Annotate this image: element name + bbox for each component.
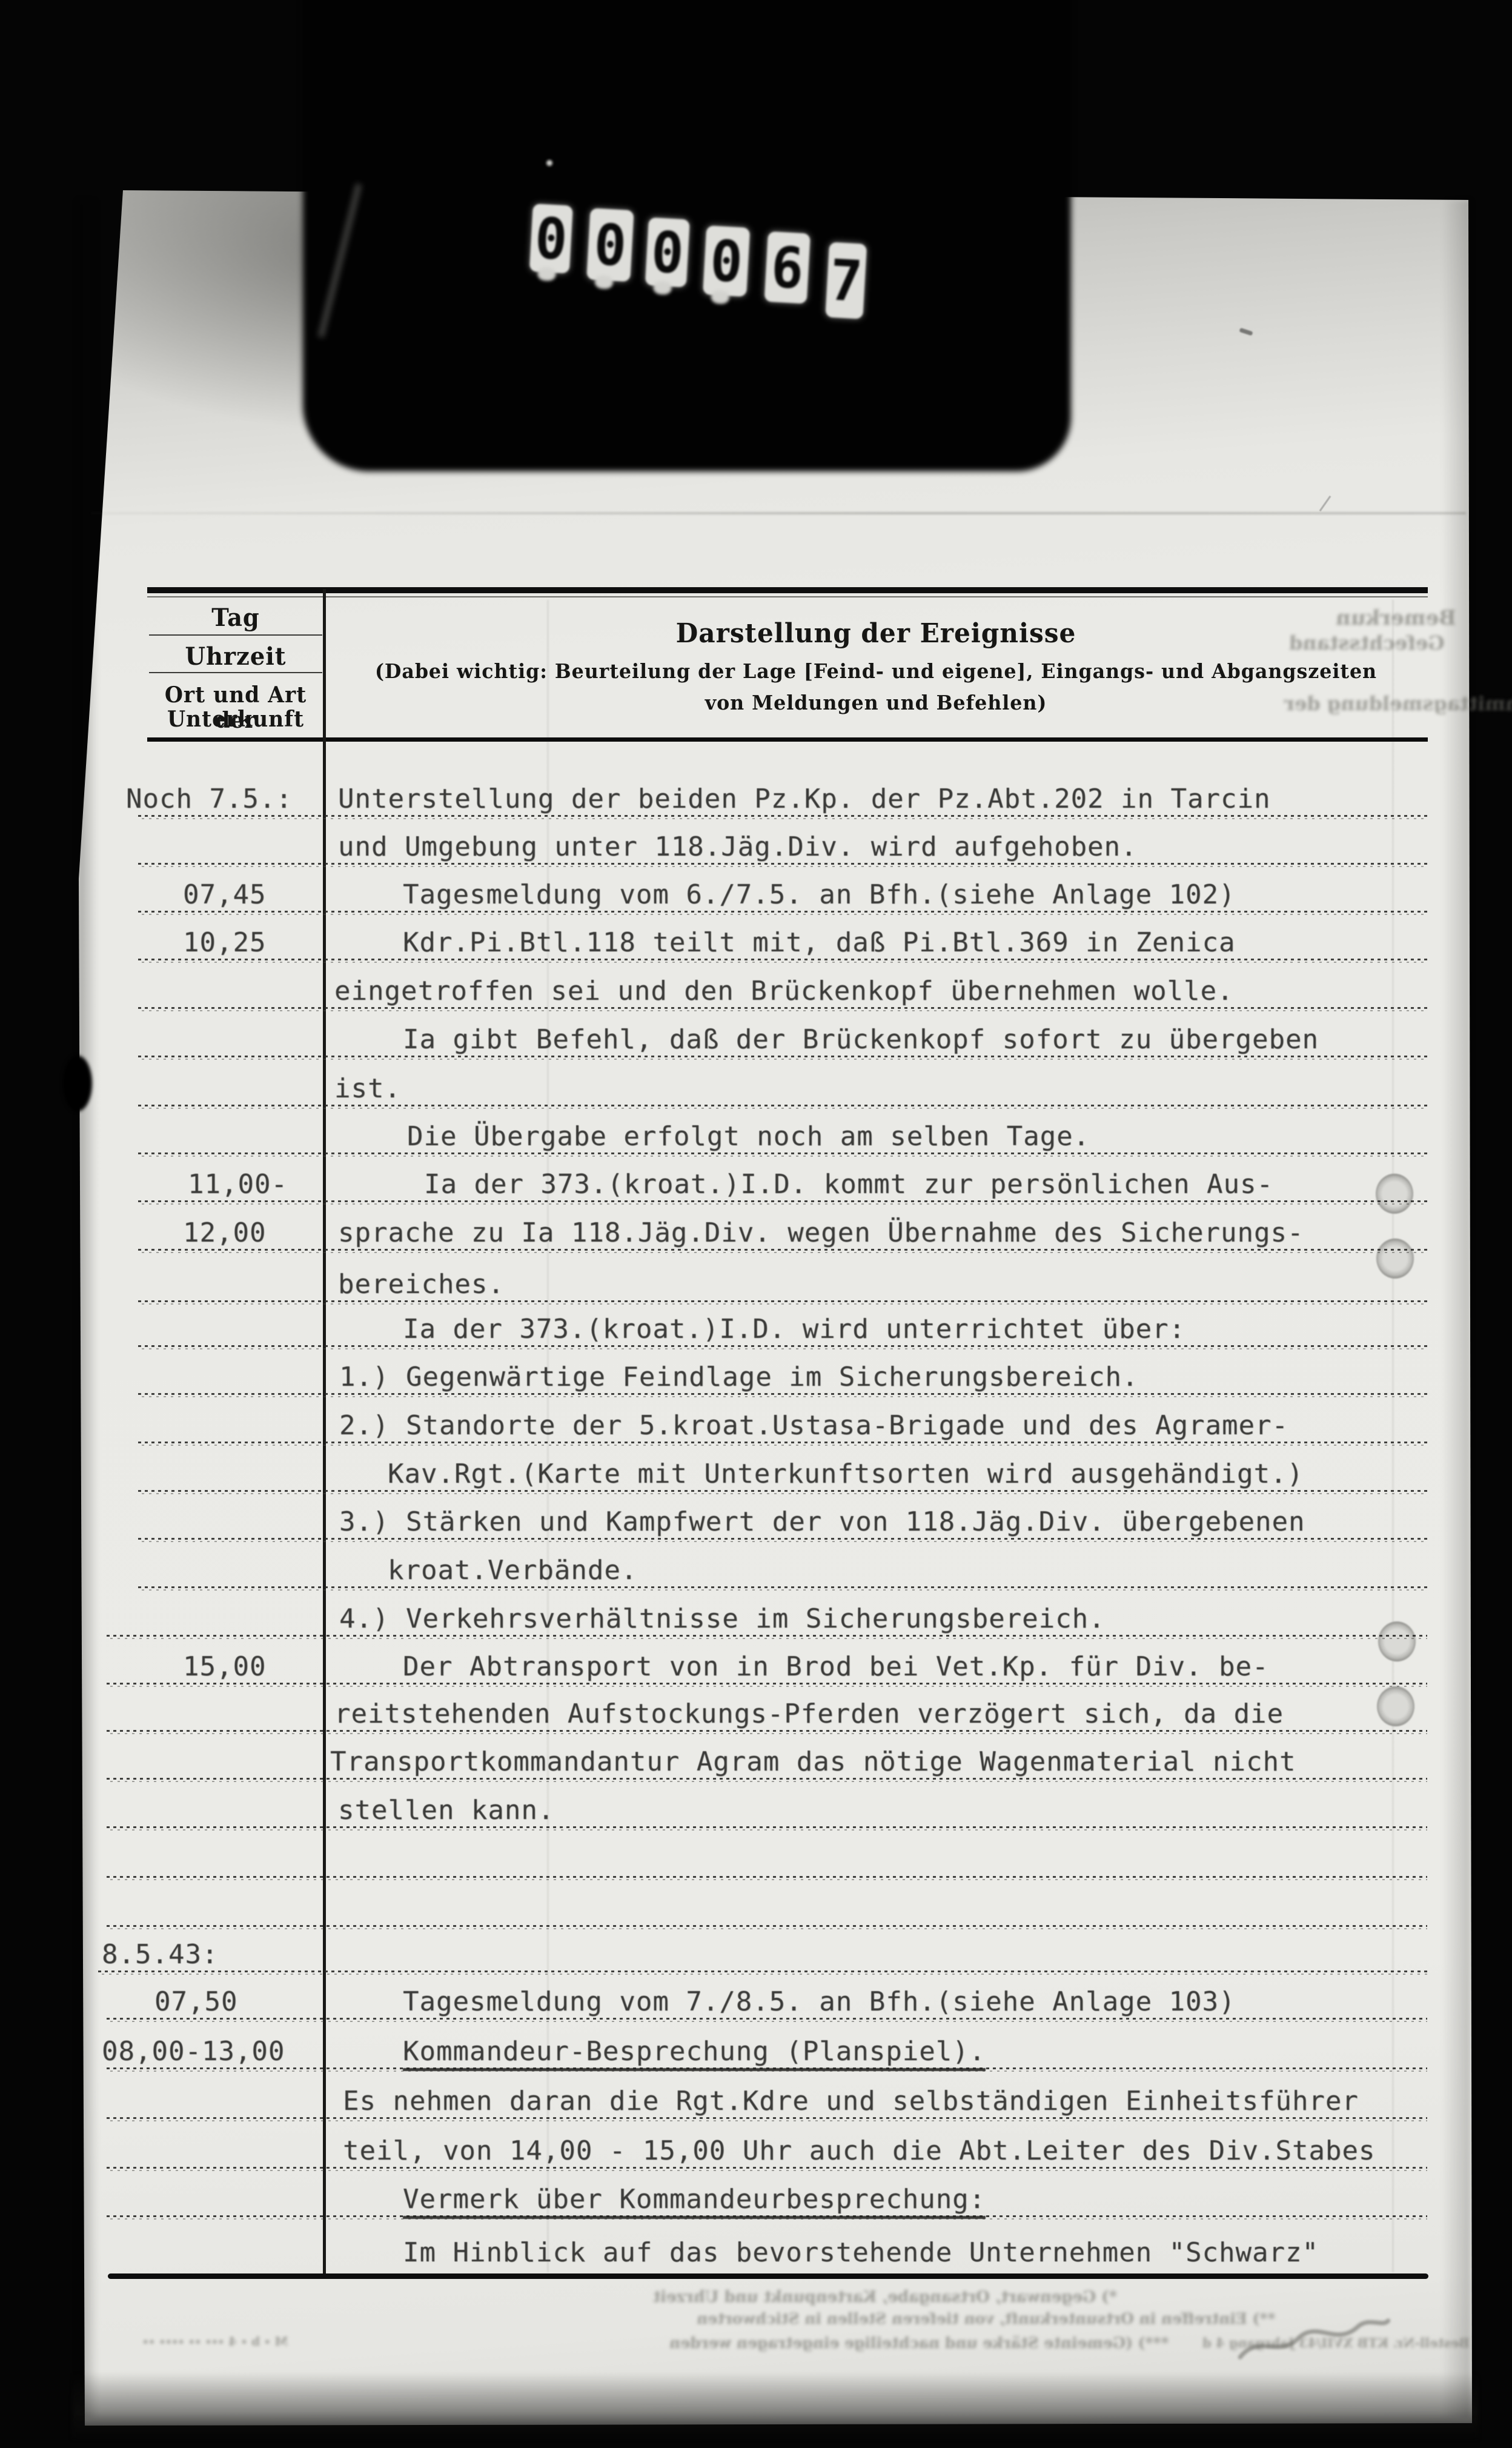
- entry-text: Ia der 373.(kroat.)I.D. wird unterrichte…: [403, 1314, 1185, 1345]
- entry-text: ist.: [334, 1073, 401, 1105]
- counter-digit-tile: 6: [764, 231, 811, 304]
- entry-text: Tagesmeldung vom 6./7.5. an Bfh.(siehe A…: [403, 879, 1236, 911]
- counter-digit-tile: 0: [645, 218, 690, 288]
- dotted-rule: [107, 2167, 1427, 2172]
- entry-text: Die Übergabe erfolgt noch am selben Tage…: [407, 1121, 1090, 1152]
- table-bottom-rule: [108, 2273, 1428, 2279]
- entry-text: Im Hinblick auf das bevorstehende Untern…: [403, 2237, 1319, 2269]
- entry-text: 1.) Gegenwärtige Feindlage im Sicherungs…: [339, 1362, 1139, 1393]
- left-edge-artifact: [63, 1056, 92, 1111]
- paper-right-shadow: [1442, 200, 1471, 2418]
- dotted-rule: [138, 1393, 1427, 1398]
- entry-time: 07,50: [154, 1986, 237, 2018]
- entry-text: 2.) Standorte der 5.kroat.Ustasa-Brigade…: [339, 1410, 1288, 1442]
- frame-counter-digits: 000067: [527, 204, 896, 333]
- bleedthrough-header_3: Nachmittagsmeldung der: [1284, 692, 1512, 715]
- entry-text: Unterstellung der beiden Pz.Kp. der Pz.A…: [338, 783, 1270, 815]
- entry-text: 4.) Verkehrsverhältnisse im Sicherungsbe…: [339, 1603, 1106, 1635]
- entry-time: 11,00-: [188, 1169, 288, 1200]
- entry-text: kroat.Verbände.: [388, 1555, 637, 1586]
- punch-hole: [1376, 1174, 1413, 1214]
- dotted-rule: [138, 1152, 1427, 1157]
- entry-text: reitstehenden Aufstockungs-Pferden verzö…: [334, 1698, 1284, 1730]
- dotted-rule: [107, 1635, 1427, 1640]
- entry-text: Vermerk über Kommandeurbesprechung:: [403, 2184, 986, 2219]
- entry-text: eingetroffen sei und den Brückenkopf übe…: [334, 976, 1233, 1007]
- header-label-tag: Tag: [152, 604, 319, 632]
- table-top-rule-thin: [147, 596, 1428, 597]
- entry-text: sprache zu Ia 118.Jäg.Div. wegen Übernah…: [338, 1217, 1304, 1249]
- dotted-rule: [138, 1538, 1427, 1543]
- bleedthrough-header_1: Bemerkun: [1336, 606, 1456, 630]
- header-subtitle-line2: von Meldungen und Befehlen): [353, 691, 1399, 714]
- dotted-rule: [138, 1200, 1427, 1205]
- counter-speck: [546, 160, 552, 166]
- dotted-rule: [98, 1971, 1427, 1975]
- counter-digit-tile: 0: [703, 225, 750, 297]
- entry-time: 8.5.43:: [102, 1939, 218, 1971]
- counter-digit-tile: 0: [586, 208, 634, 282]
- entry-time: Noch 7.5.:: [126, 783, 293, 815]
- counter-digit-tile: 7: [825, 242, 867, 319]
- bleedthrough-header_2: Gefechtsstand: [1289, 631, 1445, 654]
- dotted-rule: [107, 2117, 1427, 2122]
- dotted-rule: [107, 1826, 1427, 1831]
- table-top-rule: [147, 587, 1428, 593]
- entry-time: 08,00-13,00: [102, 2036, 285, 2067]
- entry-time: 12,00: [183, 1217, 266, 1249]
- dotted-rule: [138, 1105, 1427, 1109]
- dotted-rule: [107, 2018, 1427, 2023]
- dotted-rule: [107, 1778, 1427, 1783]
- entry-text: stellen kann.: [338, 1795, 554, 1826]
- pencil-mark: [1324, 494, 1342, 513]
- bleedthrough-footer_3: ***) (Gemeinte Stärke und nachteilige ei…: [669, 2334, 1169, 2352]
- dotted-rule: [138, 1300, 1427, 1305]
- header-subtitle-line1: (Dabei wichtig: Beurteilung der Lage [Fe…: [353, 659, 1399, 683]
- punch-hole: [1376, 1239, 1414, 1279]
- entry-time: 15,00: [183, 1651, 266, 1683]
- entry-text: Kav.Rgt.(Karte mit Unterkunftsorten wird…: [388, 1458, 1304, 1490]
- dotted-rule: [107, 1683, 1427, 1688]
- bottom-shadow: [73, 2372, 1478, 2439]
- dotted-rule: [138, 815, 1427, 820]
- entry-text: Der Abtransport von in Brod bei Vet.Kp. …: [403, 1651, 1269, 1683]
- bleedthrough-footer_2: **) Eintreffen in Ortsunterkunft, von ti…: [697, 2310, 1275, 2327]
- punch-hole: [1377, 1686, 1414, 1726]
- entry-text: Ia gibt Befehl, daß der Brückenkopf sofo…: [403, 1024, 1319, 1056]
- entry-text: Kdr.Pi.Btl.118 teilt mit, daß Pi.Btl.369…: [403, 927, 1236, 959]
- dotted-rule: [138, 1490, 1427, 1495]
- bleedthrough-footer_left_micro: M ∙ b ∙ 4 ∙∙∙ ∙∙ ∙∙∙∙ ∙∙: [142, 2334, 288, 2349]
- entry-time: 07,45: [183, 879, 266, 911]
- entry-text: Tagesmeldung vom 7./8.5. an Bfh.(siehe A…: [403, 1986, 1236, 2018]
- counter-digit-tile: 0: [529, 204, 573, 274]
- header-bottom-rule: [147, 737, 1428, 742]
- dotted-rule: [107, 1876, 1427, 1881]
- dotted-rule: [138, 863, 1427, 868]
- punch-hole: [1378, 1621, 1416, 1661]
- dotted-rule: [107, 1730, 1427, 1735]
- header-label-uhrzeit: Uhrzeit: [152, 642, 319, 671]
- entry-text: Es nehmen daran die Rgt.Kdre und selbstä…: [343, 2086, 1359, 2117]
- entry-text: Ia der 373.(kroat.)I.D. kommt zur persön…: [424, 1169, 1273, 1200]
- dotted-rule: [107, 1925, 1427, 1930]
- bleedthrough-footer_1: *) Gegenwart, Ortsangabe, Kartenpunkt un…: [653, 2288, 1117, 2306]
- column-divider: [323, 589, 326, 2277]
- dotted-rule: [138, 1007, 1427, 1012]
- entry-text: bereiches.: [338, 1269, 505, 1300]
- header-label-unterkunft: Unterkunft: [152, 707, 319, 732]
- dotted-rule: [138, 1345, 1427, 1350]
- entry-text: 3.) Stärken und Kampfwert der von 118.Jä…: [339, 1506, 1305, 1538]
- entry-time: 10,25: [183, 927, 266, 959]
- dotted-rule: [138, 911, 1427, 916]
- header-title-darstellung: Darstellung der Ereignisse: [353, 618, 1399, 649]
- dotted-rule: [138, 1586, 1427, 1591]
- entry-text: Kommandeur-Besprechung (Planspiel).: [403, 2036, 986, 2071]
- entry-text: Transportkommandantur Agram das nötige W…: [330, 1746, 1296, 1778]
- scanned-war-diary-page: 000067 Tag Uhrzeit Ort und Art der Unter…: [0, 0, 1512, 2448]
- entry-text: teil, von 14,00 - 15,00 Uhr auch die Abt…: [343, 2135, 1375, 2167]
- dotted-rule: [138, 1249, 1427, 1254]
- dotted-rule: [138, 1442, 1427, 1446]
- paper-crease: [91, 512, 1466, 514]
- paper-left-shadow: [78, 200, 98, 2418]
- header-cell-rule: [149, 634, 322, 636]
- entry-text: und Umgebung unter 118.Jäg.Div. wird auf…: [338, 831, 1138, 863]
- dotted-rule: [138, 959, 1427, 963]
- dotted-rule: [138, 1056, 1427, 1060]
- header-cell-rule: [149, 672, 322, 673]
